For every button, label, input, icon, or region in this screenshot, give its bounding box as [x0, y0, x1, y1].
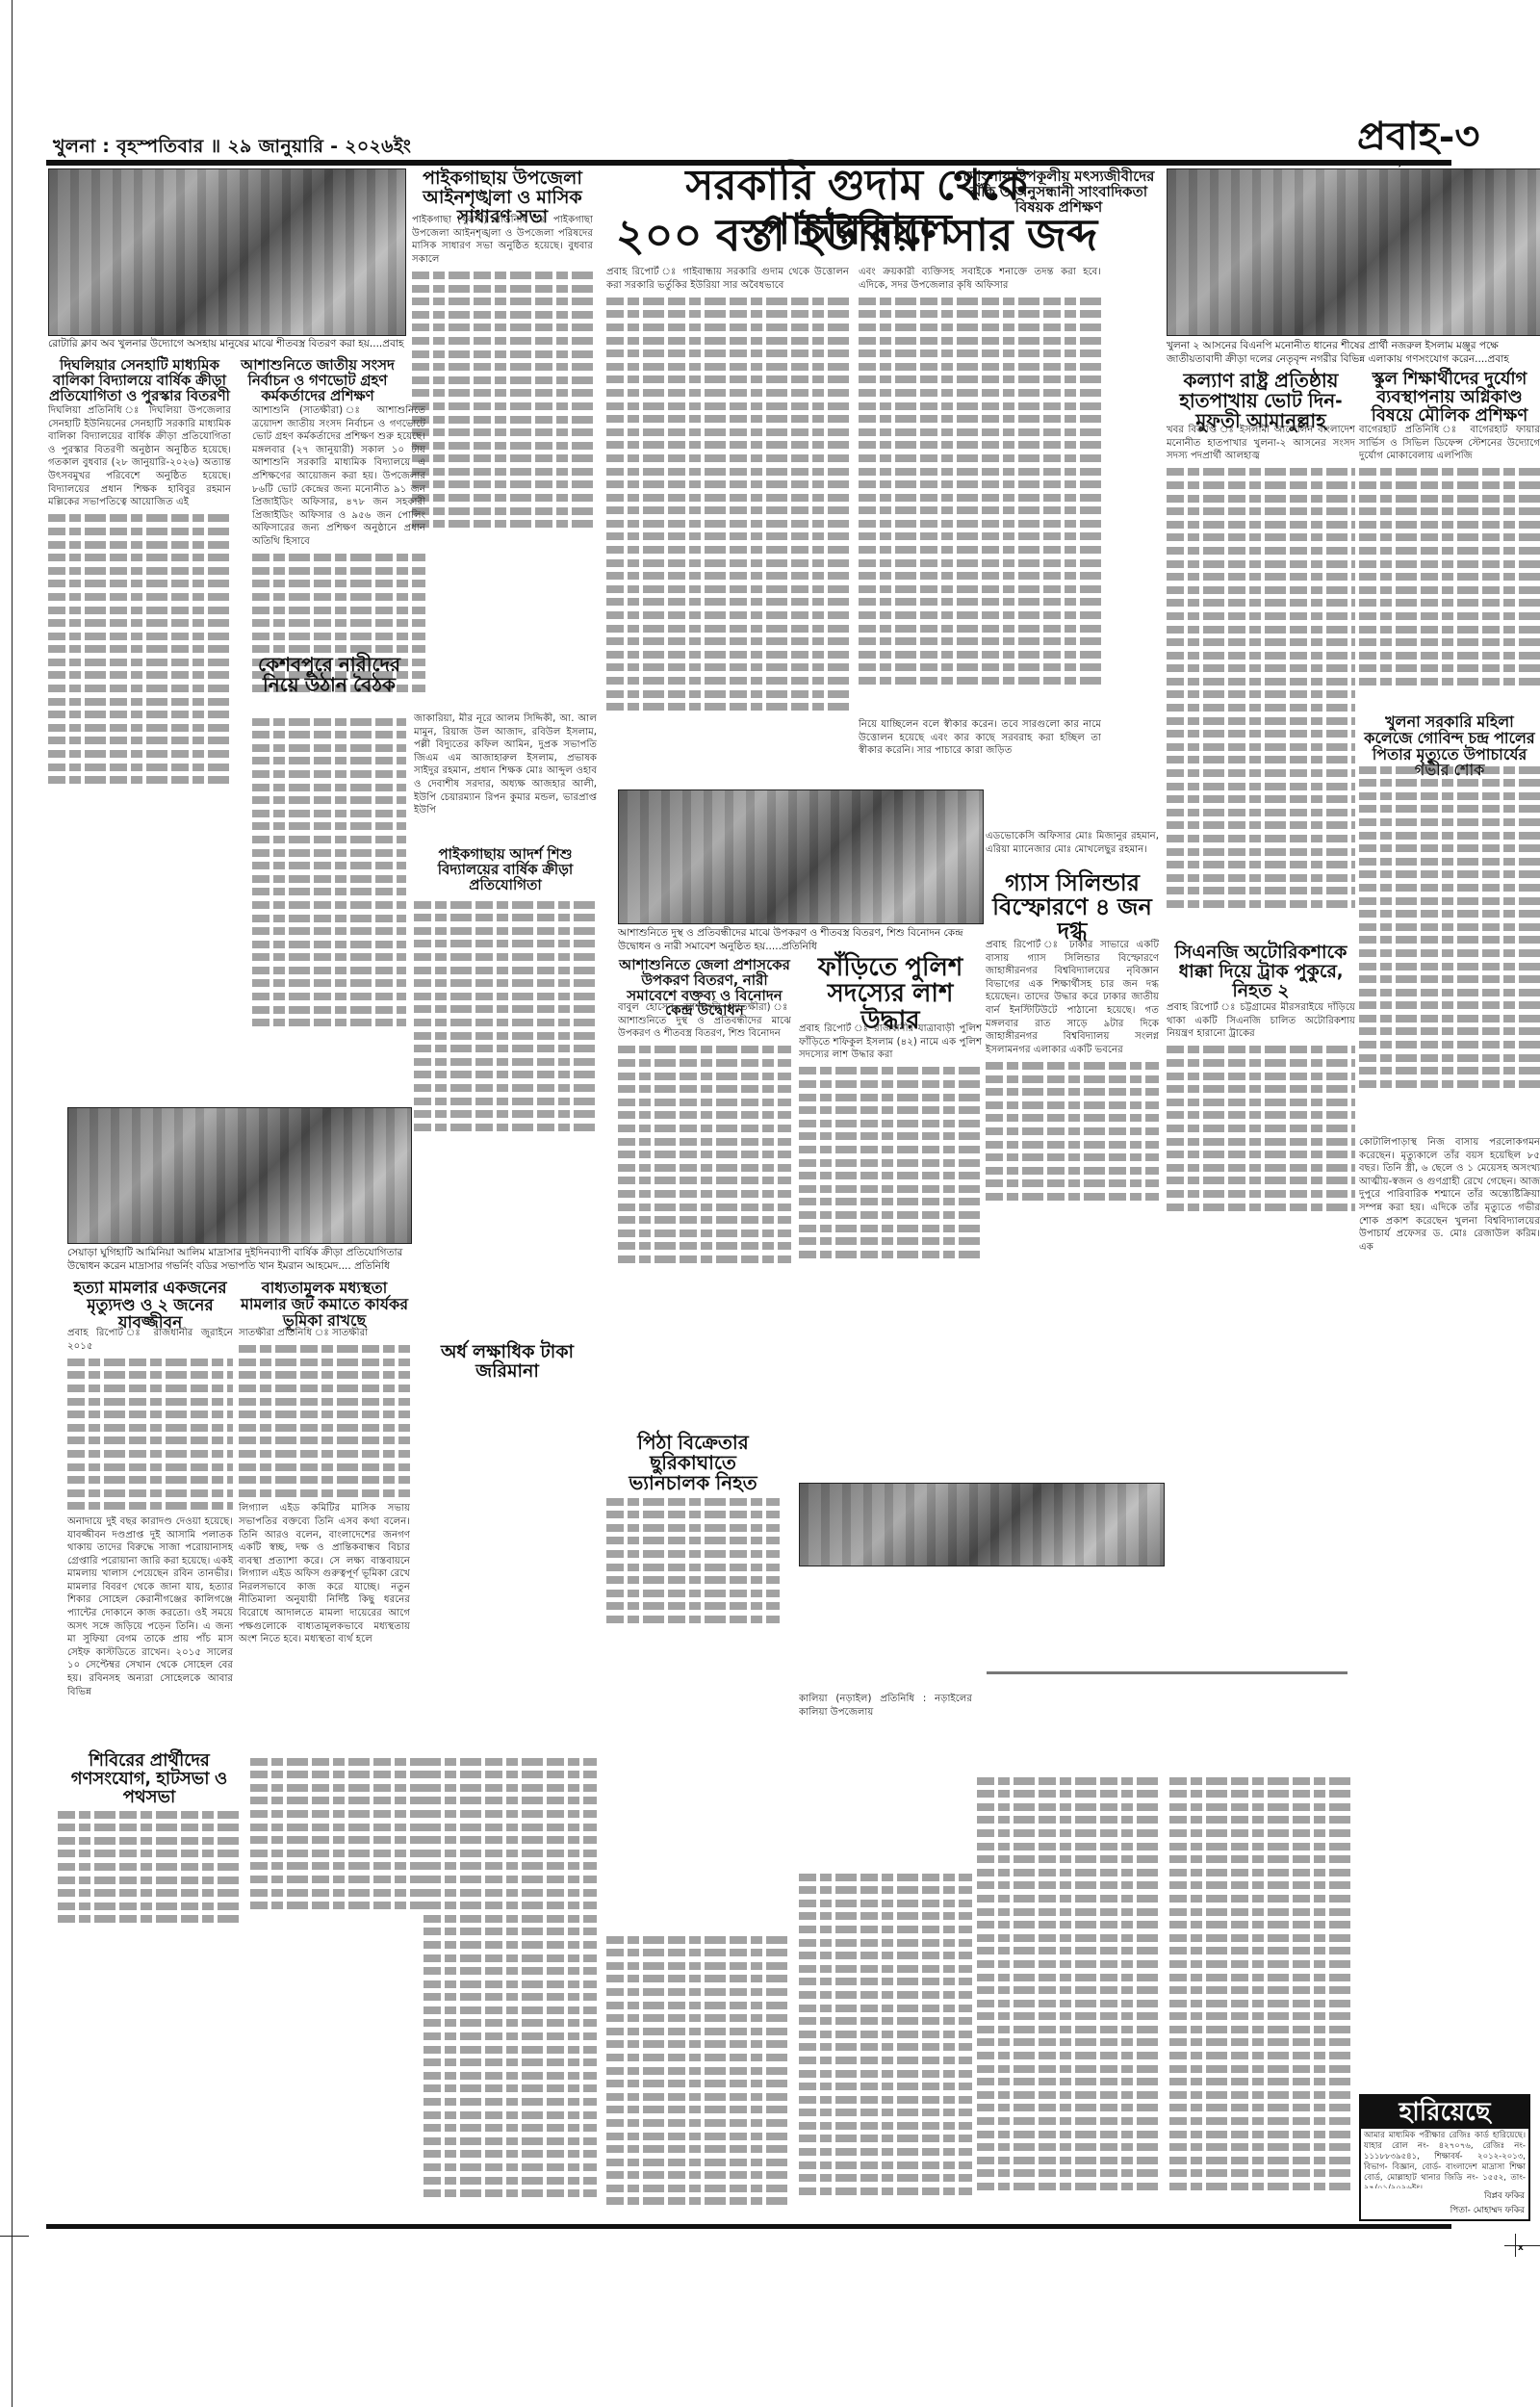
text-filler	[986, 1062, 1159, 1201]
crop-mark-left-h	[0, 2236, 29, 2237]
article-pistol-bullets	[606, 1492, 780, 1637]
article-brick-kiln	[1167, 1367, 1355, 1521]
article-urea-tail: নিয়ে যাচ্ছিলেন বলে স্বীকার করেন। তবে সা…	[859, 718, 1101, 784]
article-digholia-sports: দিঘলিয়া প্রতিনিধি ঃ দিঘলিয়া উপজেলার সে…	[48, 404, 231, 905]
lost-notice-father: পিতা- মোহাম্মদ ফকির	[1361, 2203, 1528, 2217]
text-filler	[606, 1936, 789, 2206]
article-yaba	[606, 1930, 789, 2219]
lost-notice-title: হারিয়েছে	[1361, 2096, 1528, 2129]
kicker-rule	[987, 1671, 1347, 1674]
caption-khulna2: খুলনা ২ আসনের বিএনপি মনোনীত ধানের শীষের …	[1167, 339, 1540, 366]
text-gas-pre: এডভোকেসি অফিসার মোঃ মিজানুর রহমান, এরিয়…	[986, 830, 1159, 870]
headline-murder-case: হত্যা মামলার একজনের মৃত্যুদণ্ড ও ২ জনের …	[67, 1281, 233, 1333]
text-filler	[618, 1046, 791, 1263]
text-filler	[67, 1359, 233, 1511]
text-filler	[1167, 468, 1355, 908]
article-shibir	[1359, 761, 1540, 1098]
text-school-prize	[416, 1107, 599, 1329]
article-gas-cylinder: প্রবাহ রিপোর্ট ঃ ঢাকার সাভারে একটি বাসায…	[986, 939, 1159, 1256]
article-kalia-col2	[1169, 1772, 1352, 2214]
text-filler	[48, 514, 231, 784]
photo-madrasa	[67, 1107, 412, 1244]
article-digholia-prep: কালিয়া (নড়াইল) প্রতিনিধি : নড়াইলের কা…	[799, 1693, 972, 1866]
text-obituary: কোটালিপাড়াস্থ নিজ বাসায় পরলোকগমন করেছে…	[1359, 1136, 1540, 1281]
caption-madrasa: সেয়াড়া ঘুগিহাটি আমিনিয়া আলিম মাদ্রাসা…	[67, 1246, 410, 1273]
text-filler	[606, 298, 849, 711]
headline-mufti: কল্যাণ রাষ্ট্র প্রতিষ্ঠায় হাতপাখায় ভোট…	[1167, 371, 1355, 431]
article-mediation: সাতক্ষীরা প্রতিনিধি ঃ সাতক্ষীরা লিগ্যাল …	[239, 1327, 410, 1741]
headline-gas-cylinder: গ্যাস সিলিন্ডার বিস্ফোরণে ৪ জন দগ্ধ	[986, 871, 1159, 945]
headline-ashashuni-training: আশাশুনিতে জাতীয় সংসদ নির্বাচন ও গণভোট গ…	[231, 358, 404, 403]
article-digholia-prep-cont	[799, 1868, 972, 2214]
text-filler	[414, 901, 597, 1131]
article-mufti: খবর বিজ্ঞপ্তি ঃ ইসলামী আন্দোলন বাংলাদেশ …	[1167, 424, 1355, 924]
article-police-body: প্রবাহ রিপোর্ট ঃ রাজধানীর যাত্রাবাড়ী পু…	[799, 1022, 982, 1263]
headline-usa-pistol: অর্ধ লক্ষাধিক টাকা জরিমানা	[416, 1343, 599, 1382]
text-filler	[977, 1777, 1160, 2190]
headline-mediation: বাধ্যতামূলক মধ্যস্থতা মামলার জট কমাতে কা…	[239, 1281, 410, 1329]
text-filler	[58, 1811, 241, 1924]
photo-ashashuni	[618, 789, 984, 924]
article-school-fire: বাগেরহাট প্রতিনিধি ঃ বাগেরহাট ফায়ার সার…	[1359, 424, 1540, 703]
headline-paikgachha-special: পাইকগাছায় আদর্শ শিশু বিদ্যালয়ের বার্ষি…	[414, 847, 597, 893]
lost-notice-body: আমার মাধ্যমিক পরীক্ষার রেজিঃ কার্ড হারিয…	[1361, 2129, 1528, 2188]
article-ashashuni-dc: বাবুল হোসেন, আশাশুনি (সাতক্ষীরা) ঃ আশাশু…	[618, 1001, 791, 1281]
headline-urea-line2: ২০০ বস্তা ইউরিয়া সার জব্দ	[606, 212, 1107, 258]
article-brick-kiln-tail	[1167, 1540, 1355, 1627]
article-keshabpur	[252, 712, 406, 1040]
headline-mongla-block: মোংলায় উপকূলীয় মৎস্যজীবীদের ঝুঁকি ও অন…	[962, 169, 1155, 215]
article-col3-bottom	[423, 1752, 597, 2214]
text-filler	[606, 1498, 780, 1623]
article-paikgachha-special	[414, 895, 597, 1136]
article-murder-case: প্রবাহ রিপোর্ট ঃ রাজধানীর জুরাইনে ২০১৫ অ…	[67, 1327, 233, 1741]
page-border-left	[12, 0, 13, 2407]
photo-rotary	[48, 168, 406, 336]
article-paikgachha: পাইকগাছা (খুলনা) প্রতিনিধি ঃ পাইকগাছা উপ…	[412, 214, 593, 541]
text-filler	[859, 298, 1101, 685]
caption-ashashuni: আশাশুনিতে দুস্থ ও প্রতিবন্ধীদের মাঝে উপক…	[618, 926, 982, 953]
text-ku-officials	[1359, 1329, 1540, 1396]
text-filler	[1167, 1046, 1355, 1210]
headline-pitha: শিবিরের প্রার্থীদের গণসংযোগ, হাটসভা ও পথ…	[58, 1752, 241, 1807]
article-cng: প্রবাহ রিপোর্ট ঃ চট্টগ্রামের মীরসরাইয়ে …	[1167, 1001, 1355, 1213]
article-urea-col2: এবং ক্রয়কারী ব্যক্তিসহ সবাইকে শনাক্তে ত…	[859, 266, 1101, 718]
text-filler	[252, 718, 406, 1027]
article-rajshahi-bus	[1359, 1550, 1540, 1954]
print-mark: x	[1518, 2243, 1524, 2253]
article-urea-col1: প্রবাহ রিপোর্ট ঃ গাইবান্ধায় সরকারি গুদা…	[606, 266, 849, 718]
headline-pistol-bullets: পিঠা বিক্রেতার ছুরিকাঘাতে ভ্যানচালক নিহত	[606, 1433, 780, 1493]
article-legal-aid	[250, 1752, 423, 2214]
text-filler	[799, 1874, 972, 2195]
headline-school-fire: স্কুল শিক্ষার্থীদের দুর্যোগ ব্যবস্থাপনায…	[1359, 371, 1540, 426]
text-filler	[799, 1067, 982, 1257]
text-filler	[412, 272, 593, 528]
caption-rotary: রোটারি ক্লাব অব খুলনার উদ্যোগে অসহায় মা…	[48, 337, 404, 350]
article-fine	[799, 1319, 982, 1454]
text-savar-fire	[986, 1261, 1159, 1454]
article-kalia-col1	[977, 1772, 1160, 2214]
text-filler	[239, 1345, 410, 1497]
headline-cng: সিএনজি অটোরিকশাকে ধাক্কা দিয়ে ট্রাক পুক…	[1167, 944, 1355, 1001]
text-filler	[1169, 1777, 1352, 2190]
footer-rule	[46, 2224, 1451, 2229]
article-rajshahi-bus-tail	[1359, 2022, 1540, 2089]
photo-digholia	[799, 1483, 1165, 1566]
text-filler	[1359, 766, 1540, 1088]
photo-khulna2	[1167, 168, 1540, 336]
headline-digholia-sports: দিঘলিয়ার সেনহাটি মাধ্যমিক বালিকা বিদ্যা…	[48, 358, 231, 403]
headline-keshabpur: কেশবপুরে নারীদের নিয়ে উঠান বৈঠক	[252, 655, 406, 695]
lost-notice-signature: বিপ্লব ফকির	[1361, 2188, 1528, 2203]
article-usa-pistol	[416, 1502, 599, 1743]
paper-name: প্রবাহ-৩	[1357, 117, 1479, 156]
article-keshabpur-cont: জাকারিয়া, মীর নূরে আলম সিদ্দিকী, আ. আল …	[414, 712, 597, 847]
article-pitha	[58, 1805, 241, 2219]
text-filler	[423, 1758, 597, 2198]
text-filler	[250, 1758, 423, 1910]
lost-notice: হারিয়েছে আমার মাধ্যমিক পরীক্ষার রেজিঃ ক…	[1359, 2094, 1530, 2221]
text-filler	[1359, 468, 1540, 686]
crop-mark-right-v	[1515, 2234, 1516, 2257]
